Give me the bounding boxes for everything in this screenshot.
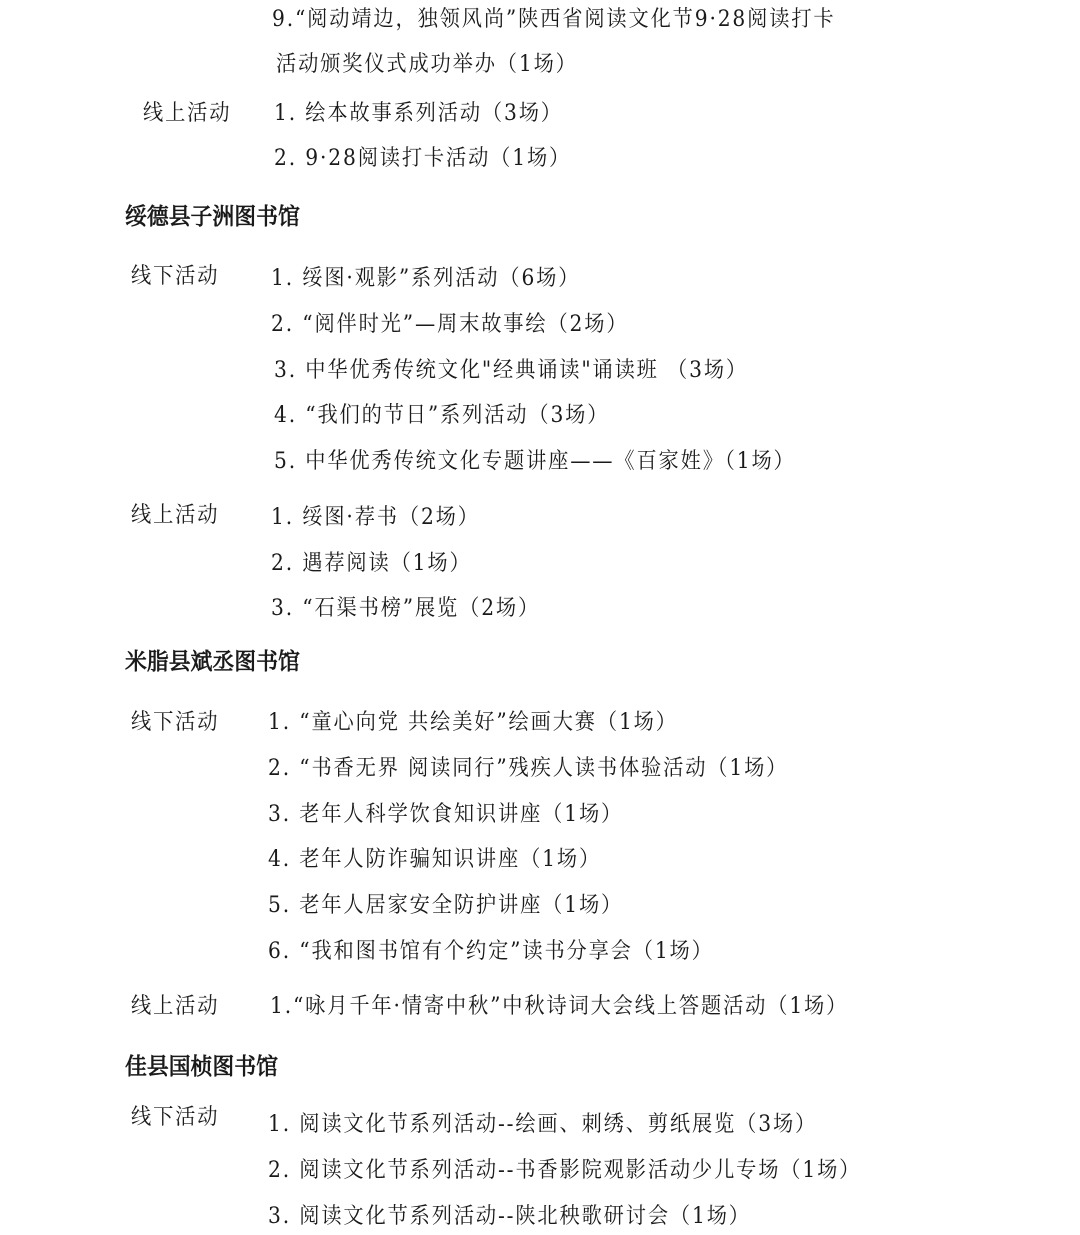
activity-item: 6. “我和图书馆有个约定”读书分享会（1场） [268, 937, 714, 967]
online-activities-label: 线上活动 [131, 501, 219, 531]
activity-item: 1. 阅读文化节系列活动--绘画、刺绣、剪纸展览（3场） [268, 1110, 817, 1140]
activity-item: 2. “书香无界 阅读同行”残疾人读书体验活动（1场） [268, 754, 788, 784]
library-title: 绥德县子洲图书馆 [125, 202, 300, 232]
activity-item: 2. 阅读文化节系列活动--书香影院观影活动少儿专场（1场） [268, 1156, 861, 1186]
online-activities-label: 线上活动 [143, 99, 231, 129]
activity-item: 3. “石渠书榜”展览（2场） [271, 594, 540, 624]
offline-activities-label: 线下活动 [131, 708, 219, 738]
activity-item: 5. 老年人居家安全防护讲座（1场） [268, 891, 623, 921]
activity-item: 1. “童心向党 共绘美好”绘画大赛（1场） [268, 708, 678, 738]
activity-item: 1. 绘本故事系列活动（3场） [274, 99, 563, 129]
activity-item-continued: 活动颁奖仪式成功举办（1场） [276, 50, 578, 80]
activity-item: 1. 绥图·荐书（2场） [271, 503, 480, 533]
library-title: 佳县国桢图书馆 [125, 1052, 278, 1082]
activity-item: 2. 遇荐阅读（1场） [271, 549, 472, 579]
online-activities-label: 线上活动 [131, 992, 219, 1022]
activity-item: 3. 老年人科学饮食知识讲座（1场） [268, 800, 623, 830]
activity-item: 4. “我们的节日”系列活动（3场） [274, 401, 609, 431]
offline-activities-label: 线下活动 [131, 1103, 219, 1133]
activity-item: 3. 中华优秀传统文化"经典诵读"诵读班 （3场） [274, 356, 748, 386]
activity-item: 1.“咏月千年·情寄中秋”中秋诗词大会线上答题活动（1场） [270, 992, 848, 1022]
library-title: 米脂县斌丞图书馆 [125, 647, 300, 677]
activity-item: 5. 中华优秀传统文化专题讲座——《百家姓》（1场） [274, 447, 796, 477]
offline-activities-label: 线下活动 [131, 262, 219, 292]
activity-item: 9.“阅动靖边，独领风尚”陕西省阅读文化节9·28阅读打卡 [272, 5, 835, 35]
activity-item: 4. 老年人防诈骗知识讲座（1场） [268, 845, 601, 875]
activity-item: 3. 阅读文化节系列活动--陕北秧歌研讨会（1场） [268, 1202, 751, 1232]
activity-item: 2. 9·28阅读打卡活动（1场） [274, 144, 571, 174]
activity-item: 1. 绥图·观影”系列活动（6场） [271, 264, 580, 294]
activity-item: 2. “阅伴时光”—周末故事绘（2场） [271, 310, 628, 340]
